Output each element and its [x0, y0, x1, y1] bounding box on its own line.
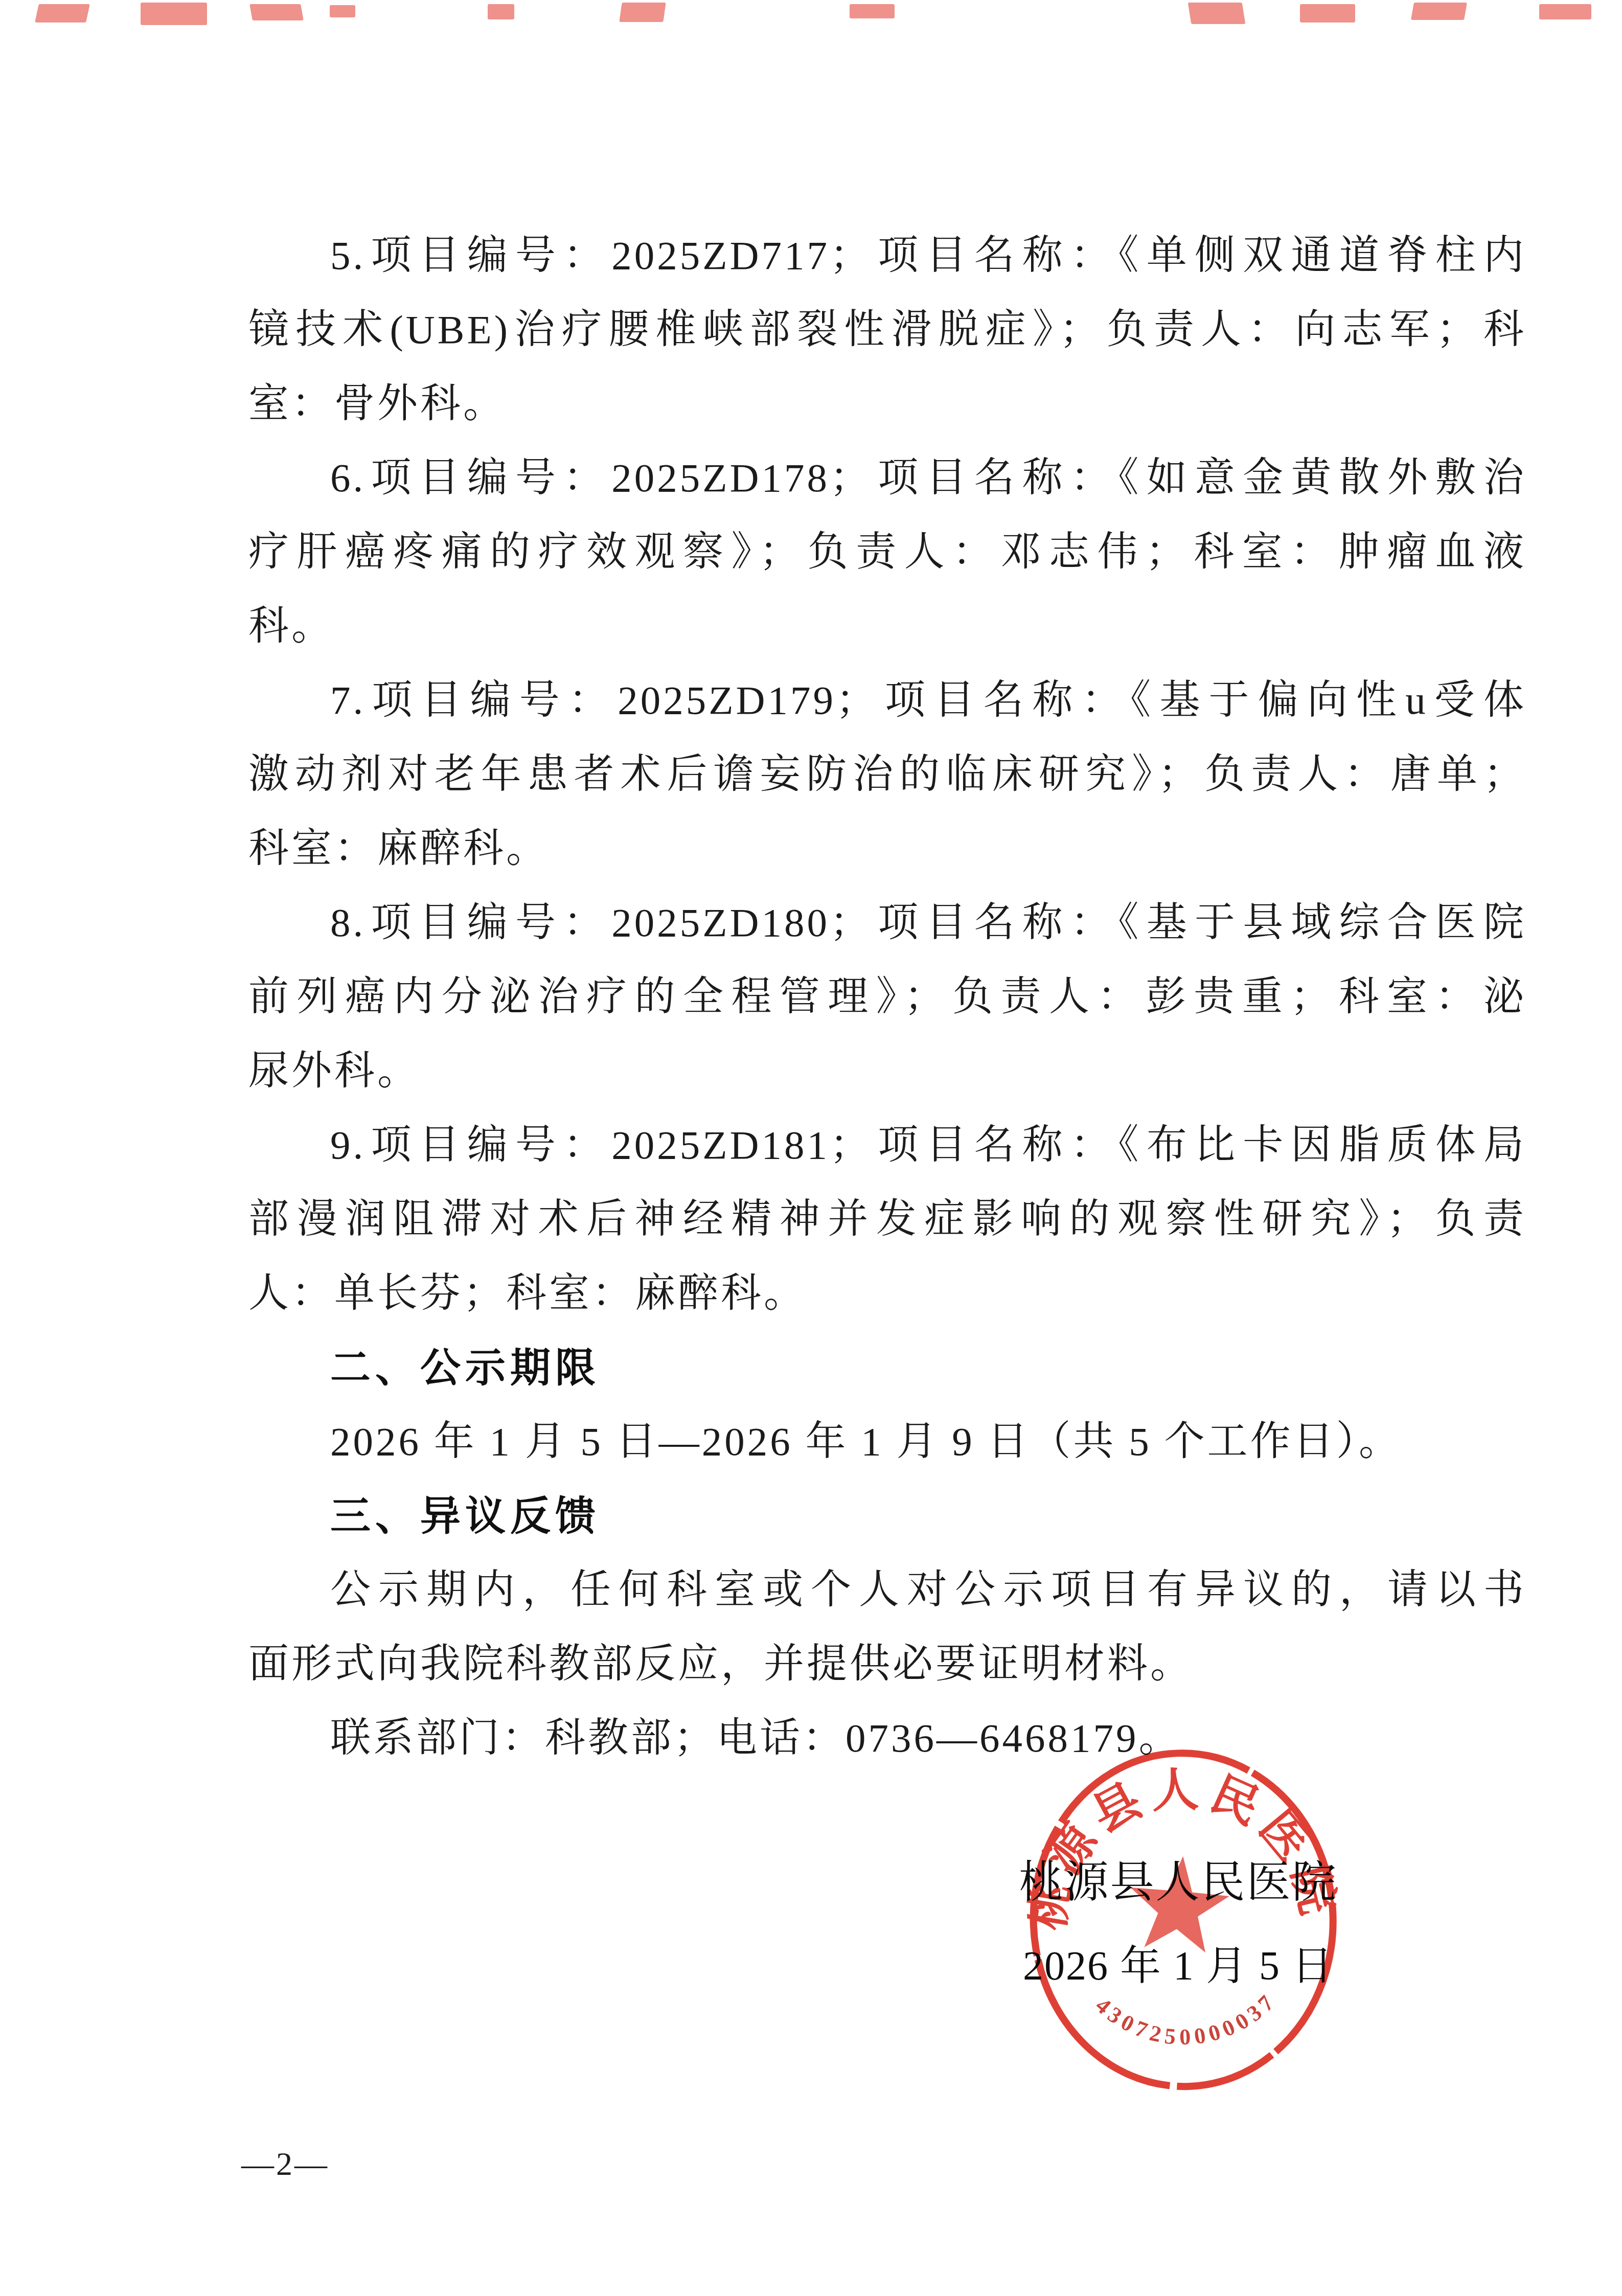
body-line: 8.项目编号：2025ZD180；项目名称：《基于县域综合医院 [248, 886, 1526, 960]
body-line: 科室：麻醉科。 [248, 812, 1526, 886]
page-edge-ink-fragment [488, 4, 514, 19]
body-line: 尿外科。 [248, 1034, 1526, 1108]
body-line: 9.项目编号：2025ZD181；项目名称：《布比卡因脂质体局 [248, 1108, 1526, 1183]
page-number: —2— [241, 2145, 329, 2183]
body-line: 公示期内，任何科室或个人对公示项目有异议的，请以书 [248, 1553, 1526, 1627]
body-line: 科。 [248, 589, 1526, 664]
page-edge-ink-fragment [330, 5, 355, 17]
page-edge-ink-fragment [850, 4, 895, 18]
section-heading-objection-feedback: 三、异议反馈 [248, 1479, 1526, 1553]
page-edge-ink-fragment [1188, 3, 1246, 24]
section-heading-publicity-period: 二、公示期限 [248, 1331, 1526, 1405]
body-line: 5.项目编号：2025ZD717；项目名称：《单侧双通道脊柱内 [248, 219, 1526, 293]
body-line: 前列癌内分泌治疗的全程管理》；负责人：彭贵重；科室：泌 [248, 960, 1526, 1034]
page-edge-ink-fragment [141, 3, 207, 25]
body-line: 激动剂对老年患者术后谵妄防治的临床研究》；负责人：唐单； [248, 738, 1526, 812]
body-line: 部漫润阻滞对术后神经精神并发症影响的观察性研究》；负责 [248, 1183, 1526, 1257]
page-edge-ink-fragment [1411, 3, 1467, 20]
page-edge-ink-fragment [619, 3, 666, 22]
body-line: 7.项目编号：2025ZD179；项目名称：《基于偏向性u受体 [248, 664, 1526, 738]
page-edge-ink-fragment [1300, 4, 1355, 22]
body-line: 室：骨外科。 [248, 367, 1526, 441]
svg-text:4307250000037: 4307250000037 [1090, 1987, 1284, 2053]
body-text: 5.项目编号：2025ZD717；项目名称：《单侧双通道脊柱内 镜技术(UBE)… [248, 219, 1526, 1776]
page-edge-ink-fragment [1539, 4, 1591, 19]
body-line: 6.项目编号：2025ZD178；项目名称：《如意金黄散外敷治 [248, 441, 1526, 515]
body-line: 2026 年 1 月 5 日—2026 年 1 月 9 日（共 5 个工作日）。 [248, 1405, 1526, 1479]
body-line: 面形式向我院科教部反应，并提供必要证明材料。 [248, 1627, 1526, 1701]
seal-serial-number: 4307250000037 [1090, 1987, 1284, 2053]
page-edge-ink-fragment [35, 4, 90, 22]
body-line: 疗肝癌疼痛的疗效观察》；负责人：邓志伟；科室：肿瘤血液 [248, 515, 1526, 589]
seal-star-icon [1126, 1852, 1232, 1954]
body-line: 镜技术(UBE)治疗腰椎峡部裂性滑脱症》；负责人：向志军；科 [248, 293, 1526, 367]
page-edge-ink-fragment [249, 4, 304, 20]
document-page: { "doc": { "lines": [ "5.项目编号：2025ZD717；… [0, 0, 1622, 2296]
body-line: 人：单长芬；科室：麻醉科。 [248, 1257, 1526, 1331]
official-seal: 桃源县人民医院 4307250000037 [1021, 1743, 1351, 2106]
